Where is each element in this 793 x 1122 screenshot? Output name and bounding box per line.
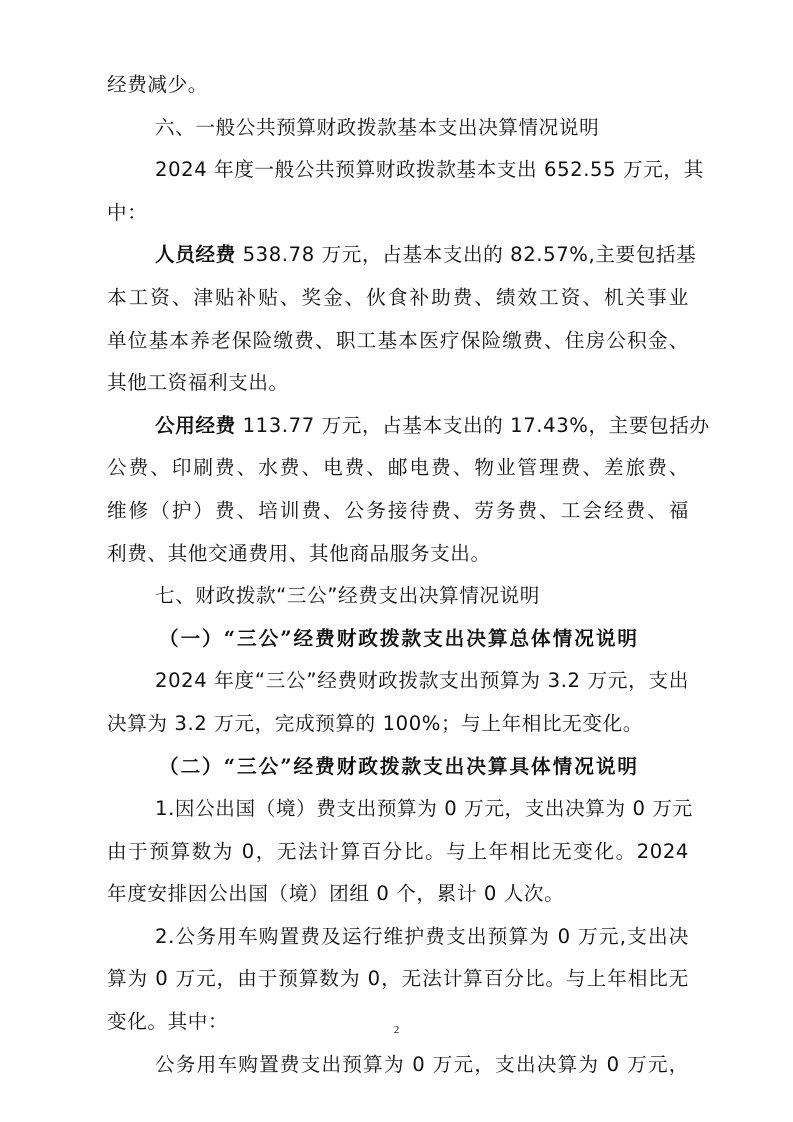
paragraph-line: 本工资、津贴补贴、奖金、伙食补助费、绩效工资、机关事业 — [107, 277, 689, 320]
paragraph-line: 算为 0 万元，由于预算数为 0，无法计算百分比。与上年相比无 — [107, 958, 689, 1001]
paragraph-line: 公费、印刷费、水费、电费、邮电费、物业管理费、差旅费、 — [107, 447, 689, 490]
paragraph-line: 单位基本养老保险缴费、职工基本医疗保险缴费、住房公积金、 — [107, 320, 689, 363]
paragraph-line: 中： — [107, 192, 689, 235]
paragraph-line: 2024 年度“三公”经费财政拨款支出预算为 3.2 万元，支出 — [107, 660, 689, 703]
paragraph-line: 利费、其他交通费用、其他商品服务支出。 — [107, 533, 689, 576]
paragraph-line: 1.因公出国（境）费支出预算为 0 万元，支出决算为 0 万元 — [107, 788, 689, 831]
paragraph-line: 经费减少。 — [107, 64, 689, 107]
personnel-expense-text: 538.78 万元，占基本支出的 82.57%,主要包括基 — [236, 243, 697, 266]
section-heading-7: 七、财政拨款“三公”经费支出决算情况说明 — [107, 575, 689, 618]
subsection-heading-1: （一）“三公”经费财政拨款支出决算总体情况说明 — [107, 618, 689, 661]
paragraph-line: 公务用车购置费支出预算为 0 万元，支出决算为 0 万元， — [107, 1044, 689, 1087]
section-heading-6: 六、一般公共预算财政拨款基本支出决算情况说明 — [107, 107, 689, 150]
public-expense-line: 公用经费 113.77 万元，占基本支出的 17.43%，主要包括办 — [107, 405, 689, 448]
personnel-expense-label: 人员经费 — [155, 243, 236, 266]
page-number: 2 — [0, 1024, 793, 1036]
paragraph-line: 其他工资福利支出。 — [107, 362, 689, 405]
paragraph-line: 2024 年度一般公共预算财政拨款基本支出 652.55 万元，其 — [107, 149, 689, 192]
paragraph-line: 维修（护）费、培训费、公务接待费、劳务费、工会经费、福 — [107, 490, 689, 533]
paragraph-line: 年度安排因公出国（境）团组 0 个，累计 0 人次。 — [107, 873, 689, 916]
document-page: 经费减少。 六、一般公共预算财政拨款基本支出决算情况说明 2024 年度一般公共… — [107, 64, 689, 1086]
public-expense-label: 公用经费 — [155, 414, 236, 437]
paragraph-line: 变化。其中： — [107, 1001, 689, 1044]
subsection-heading-2: （二）“三公”经费财政拨款支出决算具体情况说明 — [107, 746, 689, 789]
public-expense-text: 113.77 万元，占基本支出的 17.43%，主要包括办 — [236, 414, 710, 437]
paragraph-line: 由于预算数为 0，无法计算百分比。与上年相比无变化。2024 — [107, 831, 689, 874]
personnel-expense-line: 人员经费 538.78 万元，占基本支出的 82.57%,主要包括基 — [107, 234, 689, 277]
paragraph-line: 决算为 3.2 万元，完成预算的 100%；与上年相比无变化。 — [107, 703, 689, 746]
paragraph-line: 2.公务用车购置费及运行维护费支出预算为 0 万元,支出决 — [107, 916, 689, 959]
